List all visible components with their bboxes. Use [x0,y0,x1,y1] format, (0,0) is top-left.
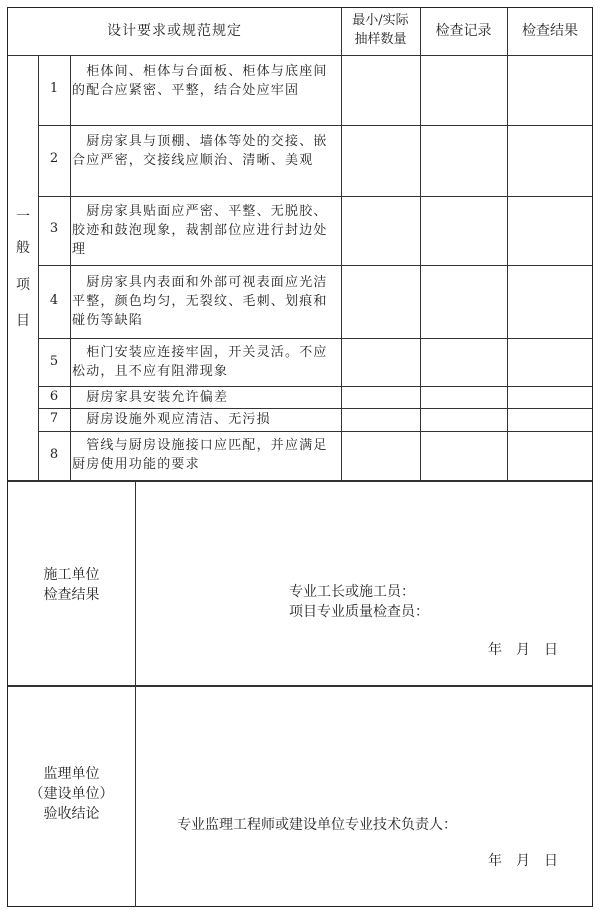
number-col-line [70,55,71,480]
item-number: 8 [38,447,70,462]
quality-inspector-signature-label: 项目专业质量检查员： [289,602,429,622]
result-cell-4[interactable] [508,266,592,338]
group-label-char-1: 一 [8,206,38,226]
item-number: 7 [38,411,70,426]
result-cell-8[interactable] [508,432,592,480]
item-requirement: 厨房家具内表面和外部可视表面应光洁平整，颜色均匀，无裂纹、毛刺、划痕和碰伤等缺陷 [72,273,338,330]
record-cell-3[interactable] [421,197,507,265]
record-cell-4[interactable] [421,266,507,338]
item-requirement: 厨房设施外观应清洁、无污损 [72,410,338,429]
sample-cell-6[interactable] [342,387,420,408]
supervision-label-line3: 验收结论 [8,804,135,824]
foreman-signature-label: 专业工长或施工员： [289,582,415,602]
result-cell-7[interactable] [508,409,592,431]
construction-label-line2: 检查结果 [8,585,135,605]
sample-cell-3[interactable] [342,197,420,265]
item-requirement: 厨房家具与顶棚、墙体等处的交接、嵌合应严密，交接线应顺治、清晰、美观 [72,132,338,170]
supervision-label: 监理单位 （建设单位） 验收结论 [8,764,135,824]
result-cell-1[interactable] [508,56,592,125]
construction-label: 施工单位 检查结果 [8,565,135,605]
item-number: 1 [38,81,70,96]
sample-cell-5[interactable] [342,339,420,386]
item-requirement: 柜门安装应连接牢固，开关灵活。不应松动，且不应有阻滞现象 [72,343,338,381]
supervision-label-line1: 监理单位 [8,764,135,784]
header-sample: 最小/实际 抽样数量 [341,11,420,49]
record-cell-6[interactable] [421,387,507,408]
result-cell-2[interactable] [508,126,592,196]
construction-result-area[interactable] [136,482,592,577]
record-cell-8[interactable] [421,432,507,480]
header-requirement: 设计要求或规范规定 [8,21,341,41]
item-number: 4 [38,293,70,308]
header-record: 检查记录 [420,21,507,41]
construction-date: 年 月 日 [488,640,558,660]
supervision-date: 年 月 日 [488,851,558,871]
group-label-char-4: 目 [8,310,38,330]
sample-cell-4[interactable] [342,266,420,338]
result-cell-5[interactable] [508,339,592,386]
record-cell-5[interactable] [421,339,507,386]
item-number: 2 [38,151,70,166]
header-sample-line2: 抽样数量 [341,30,420,49]
supervision-conclusion-area[interactable] [136,687,592,807]
group-label-char-3: 项 [8,274,38,294]
header-result: 检查结果 [507,21,593,41]
group-label-char-2: 般 [8,237,38,257]
sample-cell-8[interactable] [342,432,420,480]
record-cell-2[interactable] [421,126,507,196]
item-number: 5 [38,354,70,369]
construction-label-line1: 施工单位 [8,565,135,585]
item-requirement: 柜体间、柜体与台面板、柜体与底座间的配合应紧密、平整，结合处应牢固 [72,62,338,100]
item-number: 6 [38,389,70,404]
result-cell-6[interactable] [508,387,592,408]
sample-cell-2[interactable] [342,126,420,196]
record-cell-7[interactable] [421,409,507,431]
supervision-label-line2: （建设单位） [8,784,135,804]
header-sample-line1: 最小/实际 [341,11,420,30]
record-cell-1[interactable] [421,56,507,125]
sample-cell-7[interactable] [342,409,420,431]
supervisor-signature-label: 专业监理工程师或建设单位专业技术负责人： [177,815,457,835]
item-number: 3 [38,221,70,236]
item-requirement: 厨房家具安装允许偏差 [72,388,338,407]
item-requirement: 管线与厨房设施接口应匹配，并应满足厨房使用功能的要求 [72,436,338,474]
result-cell-3[interactable] [508,197,592,265]
item-requirement: 厨房家具贴面应严密、平整、无脱胶、胶迹和鼓泡现象，裁割部位应进行封边处理 [72,202,338,259]
sample-cell-1[interactable] [342,56,420,125]
